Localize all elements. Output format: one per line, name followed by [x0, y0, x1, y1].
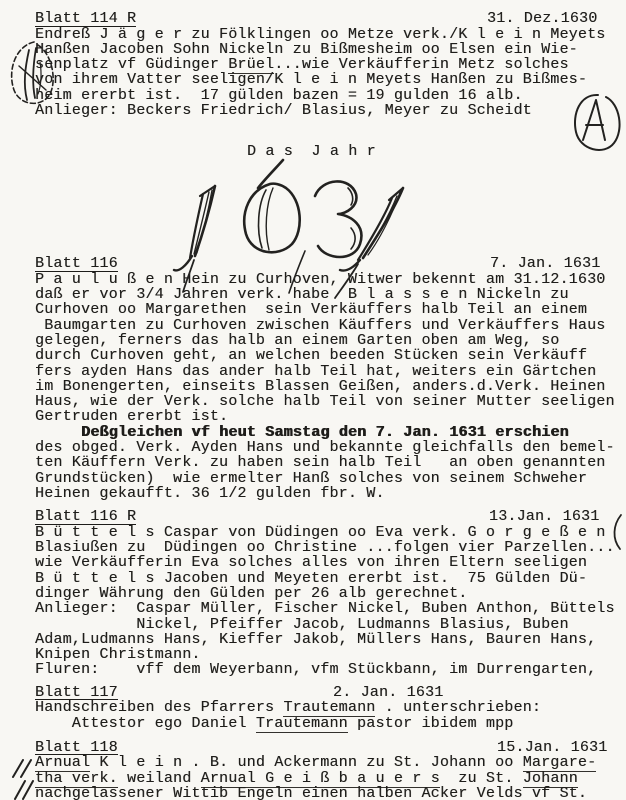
section-blatt-117: Blatt 1172. Jan. 1631 Handschreiben des … [35, 685, 618, 731]
text-line: Attestor ego Daniel Trautemann pastor ib… [35, 716, 618, 731]
blatt-label: Blatt 116 [35, 257, 118, 272]
section-blatt-114r: Blatt 114 R31. Dez.1630 Endreß J ä g e r… [35, 11, 618, 118]
blatt-header: Blatt 11815.Jan. 1631 [35, 740, 618, 756]
text-line: tha verk. weiland Arnual G e i ß b a u e… [35, 771, 618, 786]
blatt-header: Blatt 1167. Jan. 1631 [35, 256, 618, 272]
text-line: wie Verkäufferin Eva solches alles von i… [35, 555, 618, 570]
underlined-text: Trautemann [256, 715, 348, 733]
text-part: nachgelassener [35, 785, 173, 800]
text-line: Arnual K l e i n . B. und Ackermann zu S… [35, 755, 618, 770]
text-part: einen halben Acker Velds vf St. [293, 785, 587, 800]
text-line: Haus, wie der Verk. solche halb Teil von… [35, 394, 618, 409]
record-date: 13.Jan. 1631 [489, 509, 599, 524]
text-line: des obged. Verk. Ayden Hans und bekannte… [35, 440, 618, 455]
text-line: von ihrem Vatter seeligen/K l e i n Meye… [35, 72, 618, 87]
text-line: Anlieger: Beckers Friedrich/ Blasius, Me… [35, 103, 618, 118]
text-part: pastor ibidem mpp [348, 715, 514, 732]
document-page: Blatt 114 R31. Dez.1630 Endreß J ä g e r… [0, 0, 626, 800]
handwritten-year-1631-icon [170, 146, 460, 306]
blatt-label: Blatt 114 R [35, 12, 136, 27]
text-line: gelegen, ferners das halb an einem Garte… [35, 333, 618, 348]
text-part: Attestor ego Daniel [35, 715, 256, 732]
record-date: 31. Dez.1630 [487, 11, 597, 26]
text-line-emphasized: Deßgleichen vf heut Samstag den 7. Jan. … [35, 425, 618, 440]
blatt-header: Blatt 114 R31. Dez.1630 [35, 11, 618, 27]
text-line: dinger Währung den Gülden per 26 alb ger… [35, 586, 618, 601]
text-line: Fluren: vff dem Weyerbann, vfm Stückbann… [35, 662, 618, 677]
record-date: 2. Jan. 1631 [333, 685, 443, 700]
text-line: Anlieger: Caspar Müller, Fischer Nickel,… [35, 601, 618, 616]
text-line: ten Käuffern Verk. zu haben sein halb Te… [35, 455, 618, 470]
text-line: Adam,Ludmanns Hans, Kieffer Jakob, Mülle… [35, 632, 618, 647]
underlined-text: Wittib Engeln [173, 785, 293, 800]
text-line: Handschreiben des Pfarrers Trautemann . … [35, 700, 618, 715]
blatt-label: Blatt 117 [35, 686, 118, 701]
blatt-header: Blatt 1172. Jan. 1631 [35, 685, 618, 701]
text-line: Baumgarten zu Curhoven zwischen Käuffers… [35, 318, 618, 333]
blatt-label: Blatt 118 [35, 741, 118, 756]
text-line: Blasiußen zu Düdingen oo Christine ...fo… [35, 540, 618, 555]
record-date: 15.Jan. 1631 [497, 740, 607, 755]
text-line: heim ererbt ist. 17 gülden bazen = 19 gu… [35, 88, 618, 103]
text-line: Gertruden ererbt ist. [35, 409, 618, 424]
record-date: 7. Jan. 1631 [490, 256, 600, 271]
text-line: durch Curhoven geht, an welchen beeden S… [35, 348, 618, 363]
margin-slashes-icon [6, 758, 40, 800]
handwritten-paraph-icon [2, 36, 60, 114]
text-line: B ü t t e l s Jacoben und Meyeten ererbt… [35, 571, 618, 586]
text-line: B ü t t e l s Caspar von Düdingen oo Eva… [35, 525, 618, 540]
text-line: Nickel, Pfeiffer Jacob, Ludmanns Blasius… [35, 617, 618, 632]
section-blatt-118: Blatt 11815.Jan. 1631 Arnual K l e i n .… [35, 740, 618, 800]
text-line: im Bonengerten, einseits Blassen Geißen,… [35, 379, 618, 394]
section-blatt-116r: Blatt 116 R13.Jan. 1631 B ü t t e l s Ca… [35, 509, 618, 677]
text-line: Grundstücken) wie ermelter Hanß solches … [35, 471, 618, 486]
text-line: Endreß J ä g e r zu Fölklingen oo Metze … [35, 27, 618, 42]
text-line: senplatz vf Güdinger Brüel...wie Verkäuf… [35, 57, 618, 72]
text-line: fers ayden Hans das ander halb Teil hat,… [35, 364, 618, 379]
text-line: Knipen Christmann. [35, 647, 618, 662]
blatt-label: Blatt 116 R [35, 510, 136, 525]
text-line: Heinen gekaufft. 36 1/2 gulden fbr. W. [35, 486, 618, 501]
text-line: nachgelassener Wittib Engeln einen halbe… [35, 786, 618, 800]
text-line: Hanßen Jacoben Sohn Nickeln zu Bißmeshei… [35, 42, 618, 57]
handwritten-paren-icon [610, 512, 624, 552]
blatt-header: Blatt 116 R13.Jan. 1631 [35, 509, 618, 525]
